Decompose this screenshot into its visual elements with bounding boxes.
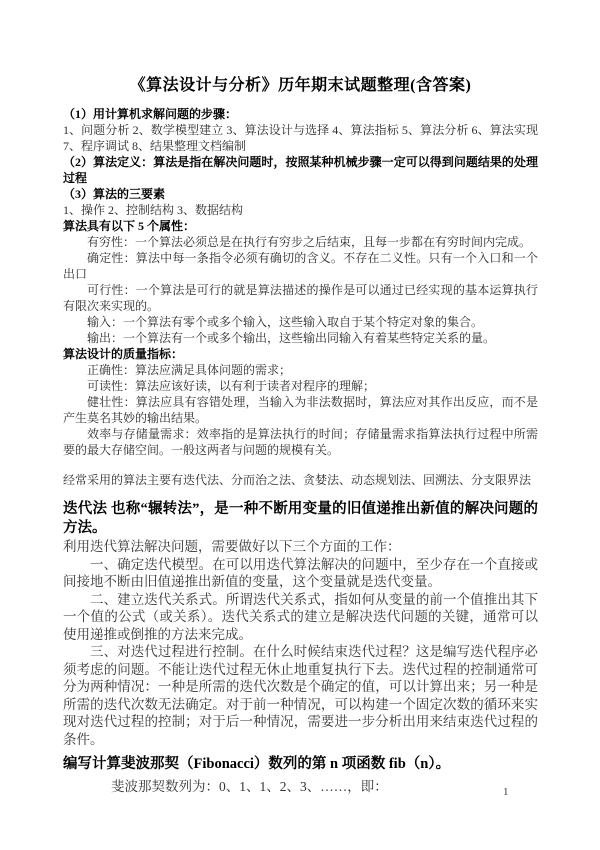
document-title: 《算法设计与分析》历年期末试题整理(含答案): [63, 72, 538, 95]
metric-readability: 可读性：算法应该好读，以有利于读者对程序的理解；: [63, 378, 538, 394]
fibonacci-section: 编写计算斐波那契（Fibonacci）数列的第 n 项函数 fib（n）。 斐波…: [63, 755, 538, 796]
property-finiteness: 有穷性：一个算法必须总是在执行有穷步之后结束，且每一步都在有穷时间内完成。: [63, 234, 538, 250]
steps-list: 1、问题分析 2、数学模型建立 3、算法设计与选择 4、算法指标 5、算法分析 …: [63, 122, 538, 154]
document-content: 《算法设计与分析》历年期末试题整理(含答案) （1）用计算机求解问题的步骤： 1…: [0, 0, 600, 796]
three-elements-list: 1、操作 2、控制结构 3、数据结构: [63, 202, 538, 218]
iteration-section: 迭代法 也称“辗转法”，是一种不断用变量的旧值递推出新值的解决问题的方法。 利用…: [63, 500, 538, 748]
property-input: 输入：一个算法有零个或多个输入，这些输入取自于某个特定对象的集合。: [63, 314, 538, 330]
iteration-step-3: 三、对迭代过程进行控制。在什么时候结束迭代过程？这是编写迭代程序必须考虑的问题。…: [63, 643, 538, 748]
property-output: 输出：一个算法有一个或多个输出，这些输出同输入有着某些特定关系的量。: [63, 330, 538, 346]
iteration-step-2: 二、建立迭代关系式。所谓迭代关系式，指如何从变量的前一个值推出其下一个值的公式（…: [63, 591, 538, 644]
iteration-intro: 利用迭代算法解决问题，需要做好以下三个方面的工作：: [63, 538, 538, 556]
metric-robustness: 健壮性：算法应具有容错处理，当输入为非法数据时，算法应对其作出反应，而不是产生莫…: [63, 394, 538, 426]
common-algorithms-line: 经常采用的算法主要有迭代法、分而治之法、贪婪法、动态规划法、回溯法、分支限界法: [63, 472, 538, 488]
property-definiteness: 确定性：算法中每一条指令必须有确切的含义。不存在二义性。只有一个入口和一个出口: [63, 250, 538, 282]
fibonacci-heading: 编写计算斐波那契（Fibonacci）数列的第 n 项函数 fib（n）。: [63, 755, 538, 774]
iteration-step-1: 一、确定迭代模型。在可以用迭代算法解决的问题中，至少存在一个直接或间接地不断由旧…: [63, 556, 538, 591]
iteration-heading: 迭代法 也称“辗转法”，是一种不断用变量的旧值递推出新值的解决问题的方法。: [63, 500, 538, 538]
page-number: 1: [503, 786, 509, 798]
fibonacci-intro: 斐波那契数列为：0、1、1、2、3、……，即：: [63, 778, 538, 796]
algorithm-definition: （2）算法定义：算法是指在解决问题时，按照某种机械步骤一定可以得到问题结果的处理…: [63, 154, 538, 186]
quality-metrics-heading: 算法设计的质量指标：: [63, 346, 538, 362]
three-elements-heading: （3）算法的三要素: [63, 186, 538, 202]
document-page: 《算法设计与分析》历年期末试题整理(含答案) （1）用计算机求解问题的步骤： 1…: [0, 0, 600, 850]
five-properties-heading: 算法具有以下 5 个属性：: [63, 218, 538, 234]
steps-heading: （1）用计算机求解问题的步骤：: [63, 106, 538, 122]
metric-efficiency: 效率与存储量需求：效率指的是算法执行的时间；存储量需求指算法执行过程中所需要的最…: [63, 426, 538, 458]
property-feasibility: 可行性：一个算法是可行的就是算法描述的操作是可以通过已经实现的基本运算执行有限次…: [63, 282, 538, 314]
metric-correctness: 正确性：算法应满足具体问题的需求；: [63, 362, 538, 378]
